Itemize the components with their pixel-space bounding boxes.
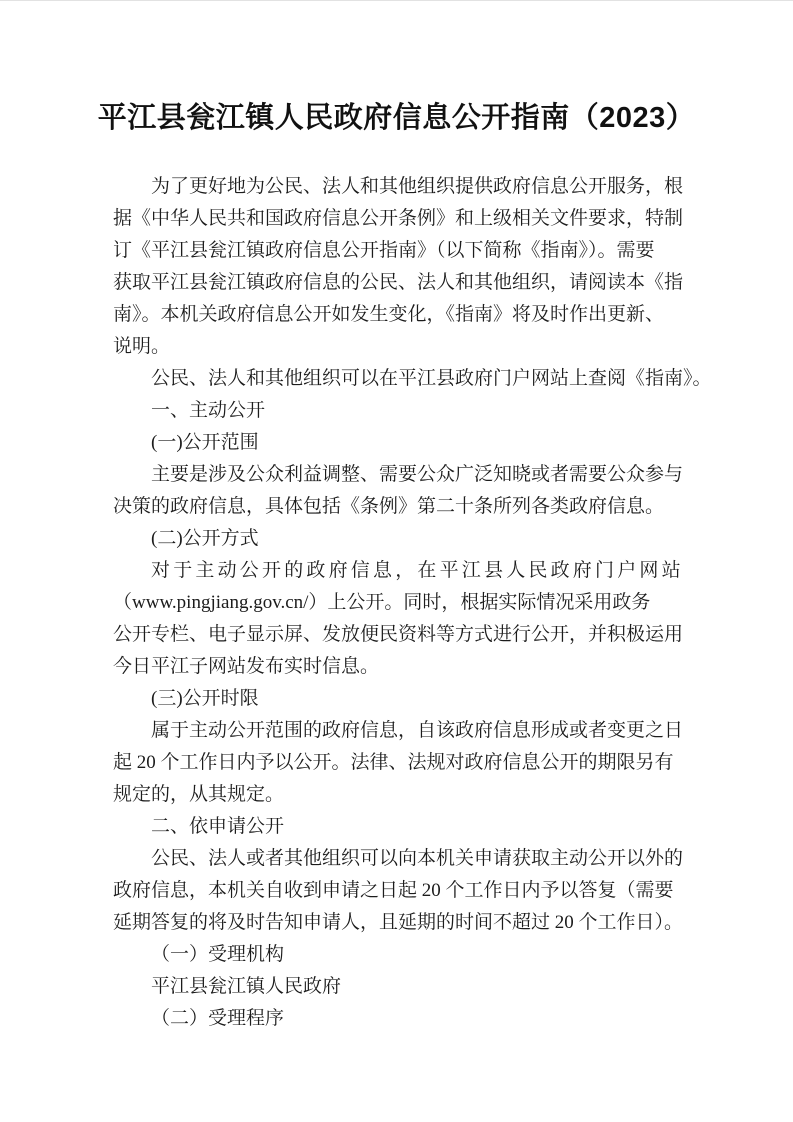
- doc-subheading-1-3: (三)公开时限: [113, 683, 683, 715]
- document-title: 平江县瓮江镇人民政府信息公开指南（2023）: [0, 95, 793, 136]
- doc-line: 今日平江子网站发布实时信息。: [113, 651, 683, 683]
- doc-line: 规定的，从其规定。: [113, 779, 683, 811]
- doc-line: 起 20 个工作日内予以公开。法律、法规对政府信息公开的期限另有: [113, 747, 683, 779]
- doc-line: 说明。: [113, 331, 683, 363]
- doc-line: 据《中华人民共和国政府信息公开条例》和上级相关文件要求，特制: [113, 203, 683, 235]
- doc-line: 延期答复的将及时告知申请人，且延期的时间不超过 20 个工作日）。: [113, 907, 683, 939]
- doc-line: 公开专栏、电子显示屏、发放便民资料等方式进行公开，并积极运用: [113, 619, 683, 651]
- doc-heading-2: 二、依申请公开: [113, 811, 683, 843]
- doc-line: 主要是涉及公众利益调整、需要公众广泛知晓或者需要公众参与: [113, 459, 683, 491]
- doc-line: 政府信息，本机关自收到申请之日起 20 个工作日内予以答复（需要: [113, 875, 683, 907]
- doc-heading-1: 一、主动公开: [113, 395, 683, 427]
- doc-line: 属于主动公开范围的政府信息，自该政府信息形成或者变更之日: [113, 715, 683, 747]
- doc-line: （www.pingjiang.gov.cn/）上公开。同时，根据实际情况采用政务: [113, 587, 683, 619]
- document-body: 为了更好地为公民、法人和其他组织提供政府信息公开服务，根 据《中华人民共和国政府…: [113, 171, 683, 1035]
- doc-line: 公民、法人和其他组织可以在平江县政府门户网站上查阅《指南》。: [113, 363, 683, 395]
- doc-subheading-2-2: （二）受理程序: [113, 1003, 683, 1035]
- doc-line: 平江县瓮江镇人民政府: [113, 971, 683, 1003]
- doc-line: 南》。本机关政府信息公开如发生变化，《指南》将及时作出更新、: [113, 299, 683, 331]
- doc-line: 决策的政府信息，具体包括《条例》第二十条所列各类政府信息。: [113, 491, 683, 523]
- doc-subheading-1-1: (一)公开范围: [113, 427, 683, 459]
- doc-subheading-1-2: (二)公开方式: [113, 523, 683, 555]
- document-page: 平江县瓮江镇人民政府信息公开指南（2023） 为了更好地为公民、法人和其他组织提…: [0, 0, 793, 1122]
- doc-line: 订《平江县瓮江镇政府信息公开指南》（以下简称《指南》）。需要: [113, 235, 683, 267]
- doc-line: 对于主动公开的政府信息，在平江县人民政府门户网站: [113, 555, 683, 587]
- doc-subheading-2-1: （一）受理机构: [113, 939, 683, 971]
- doc-line: 为了更好地为公民、法人和其他组织提供政府信息公开服务，根: [113, 171, 683, 203]
- doc-line: 公民、法人或者其他组织可以向本机关申请获取主动公开以外的: [113, 843, 683, 875]
- doc-line: 获取平江县瓮江镇政府信息的公民、法人和其他组织，请阅读本《指: [113, 267, 683, 299]
